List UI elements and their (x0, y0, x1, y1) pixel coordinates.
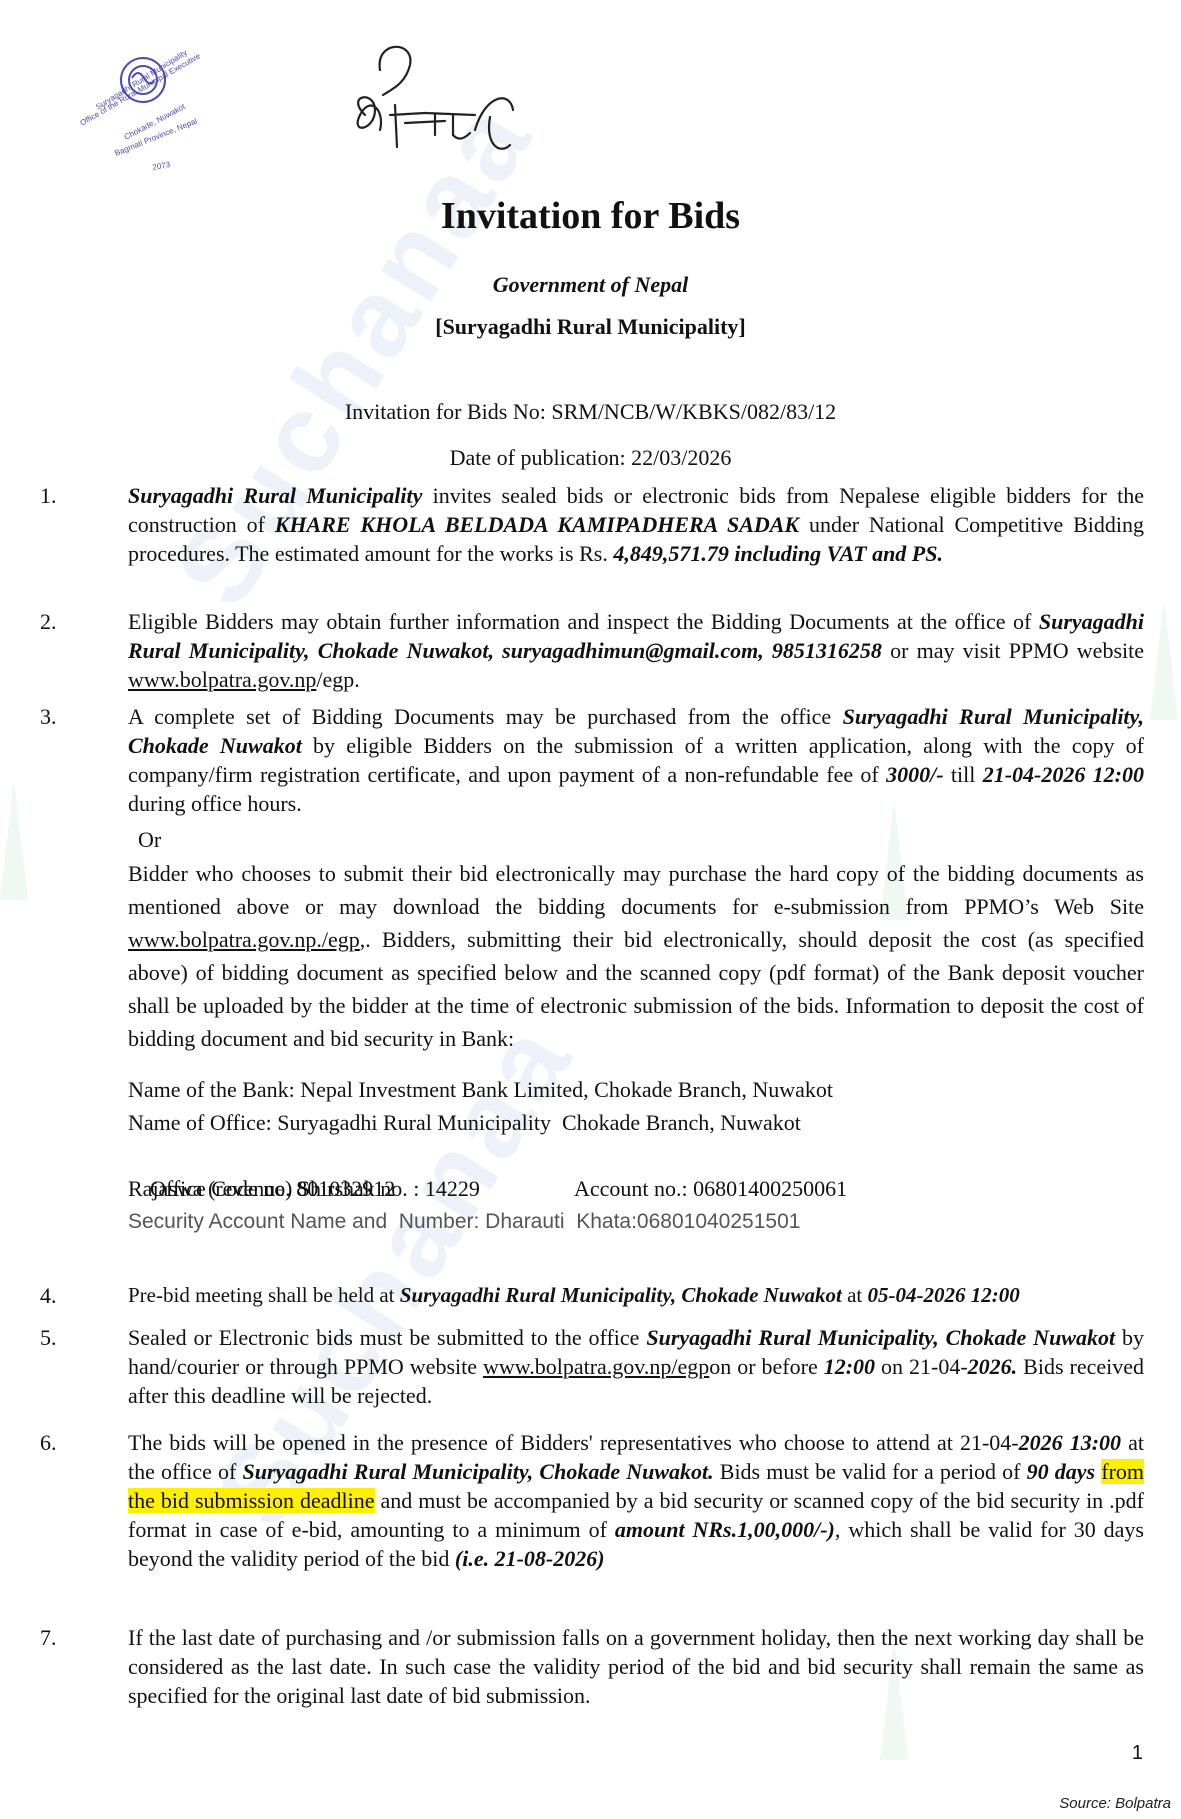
office-name: Name of Office: Suryagadhi Rural Municip… (128, 1106, 847, 1139)
watermark-arrow-icon (1150, 600, 1178, 720)
watermark-arrow-icon (0, 780, 28, 900)
text-run: amount NRs.1,00,000/-) (615, 1517, 835, 1542)
clause-text: If the last date of purchasing and /or s… (128, 1623, 1144, 1710)
stamp-line: 2073 (152, 160, 172, 172)
text-run: on 21-04- (875, 1354, 968, 1379)
text-run: A complete set of Bidding Documents may … (128, 704, 843, 729)
clause-number: 1. (40, 481, 57, 510)
text-run: /egp. (316, 667, 359, 692)
text-run: KHARE KHOLA BELDADA KAMIPADHERA SADAK (275, 512, 799, 537)
bank-name: Name of the Bank: Nepal Investment Bank … (128, 1073, 847, 1106)
clause-number: 5. (40, 1323, 57, 1352)
clause-number: 4. (40, 1281, 57, 1310)
clause-text: Sealed or Electronic bids must be submit… (128, 1323, 1144, 1410)
page-title: Invitation for Bids (0, 194, 1181, 238)
text-run: Suryagadhi Rural Municipality (128, 483, 422, 508)
text-run: 2026 13:00 (1019, 1430, 1121, 1455)
source-credit: Source: Bolpatra (1059, 1795, 1171, 1812)
page-number: 1 (1132, 1742, 1143, 1765)
government-heading: Government of Nepal (0, 272, 1181, 298)
text-run: Bidder who chooses to submit their bid e… (128, 861, 1144, 919)
clause-number: 6. (40, 1428, 57, 1457)
text-run: at (842, 1283, 868, 1307)
clause-text: Suryagadhi Rural Municipality invites se… (128, 481, 1144, 568)
text-run: Bids must be valid for a period of (714, 1459, 1027, 1484)
text-run: Suryagadhi Rural Municipality, Chokade N… (400, 1283, 842, 1307)
text-run: or may visit PPMO website (882, 638, 1144, 663)
clause-number: 7. (40, 1623, 57, 1652)
text-run: 05-04-2026 12:00 (868, 1283, 1020, 1307)
text-run: Pre-bid meeting shall be held at (128, 1283, 400, 1307)
clause-number: 3. (40, 702, 57, 731)
account-number: Account no.: 06801400250061 (574, 1176, 847, 1201)
municipality-stamp-icon: Suryagadhi Rural Municipality Office of … (68, 48, 238, 188)
text-run: Suryagadhi Rural Municipality, Chokade N… (243, 1459, 714, 1484)
text-run: 12:00 (824, 1354, 875, 1379)
clause-text: Pre-bid meeting shall be held at Suryaga… (128, 1281, 1144, 1310)
link-text[interactable]: www.bolpatra.gov.np/egp (483, 1354, 709, 1379)
text-run: 3000/- (886, 762, 943, 787)
ifb-number: Invitation for Bids No: SRM/NCB/W/KBKS/0… (0, 399, 1181, 425)
clause-number: 2. (40, 607, 57, 636)
text-run: on or before (709, 1354, 823, 1379)
publication-date: Date of publication: 22/03/2026 (0, 445, 1181, 471)
text-run: 2026. (968, 1354, 1018, 1379)
text-run: 90 days (1027, 1459, 1095, 1484)
text-run: Eligible Bidders may obtain further info… (128, 609, 1039, 634)
signature-icon (335, 35, 525, 165)
text-run: during office hours. (128, 791, 302, 816)
bank-details: Name of the Bank: Nepal Investment Bank … (128, 1073, 847, 1238)
link-text[interactable]: www.bolpatra.gov.np./egp (128, 927, 360, 952)
or-label: Or (138, 825, 1154, 854)
office-code-row: Office Code no. 801032912Account no.: 06… (128, 1139, 847, 1172)
text-run: (i.e. 21-08-2026) (455, 1546, 605, 1571)
electronic-submission-text: Bidder who chooses to submit their bid e… (128, 857, 1144, 1055)
clause-text: A complete set of Bidding Documents may … (128, 702, 1144, 818)
text-run: Suryagadhi Rural Municipality, Chokade N… (646, 1325, 1115, 1350)
text-run: 4,849,571.79 including VAT and PS. (613, 541, 943, 566)
text-run: If the last date of purchasing and /or s… (128, 1625, 1144, 1708)
link-text[interactable]: www.bolpatra.gov.np (128, 667, 316, 692)
clause-text: Eligible Bidders may obtain further info… (128, 607, 1144, 694)
clause-text: The bids will be opened in the presence … (128, 1428, 1144, 1573)
text-run: The bids will be opened in the presence … (128, 1430, 1019, 1455)
security-account: Security Account Name and Number: Dharau… (128, 1205, 847, 1238)
text-run: Sealed or Electronic bids must be submit… (128, 1325, 646, 1350)
text-run: 21-04-2026 12:00 (983, 762, 1144, 787)
municipality-heading: [Suryagadhi Rural Municipality] (0, 314, 1181, 340)
text-run: till (944, 762, 983, 787)
stamp-line: Office of the Rural Municipal Executive (79, 51, 203, 128)
